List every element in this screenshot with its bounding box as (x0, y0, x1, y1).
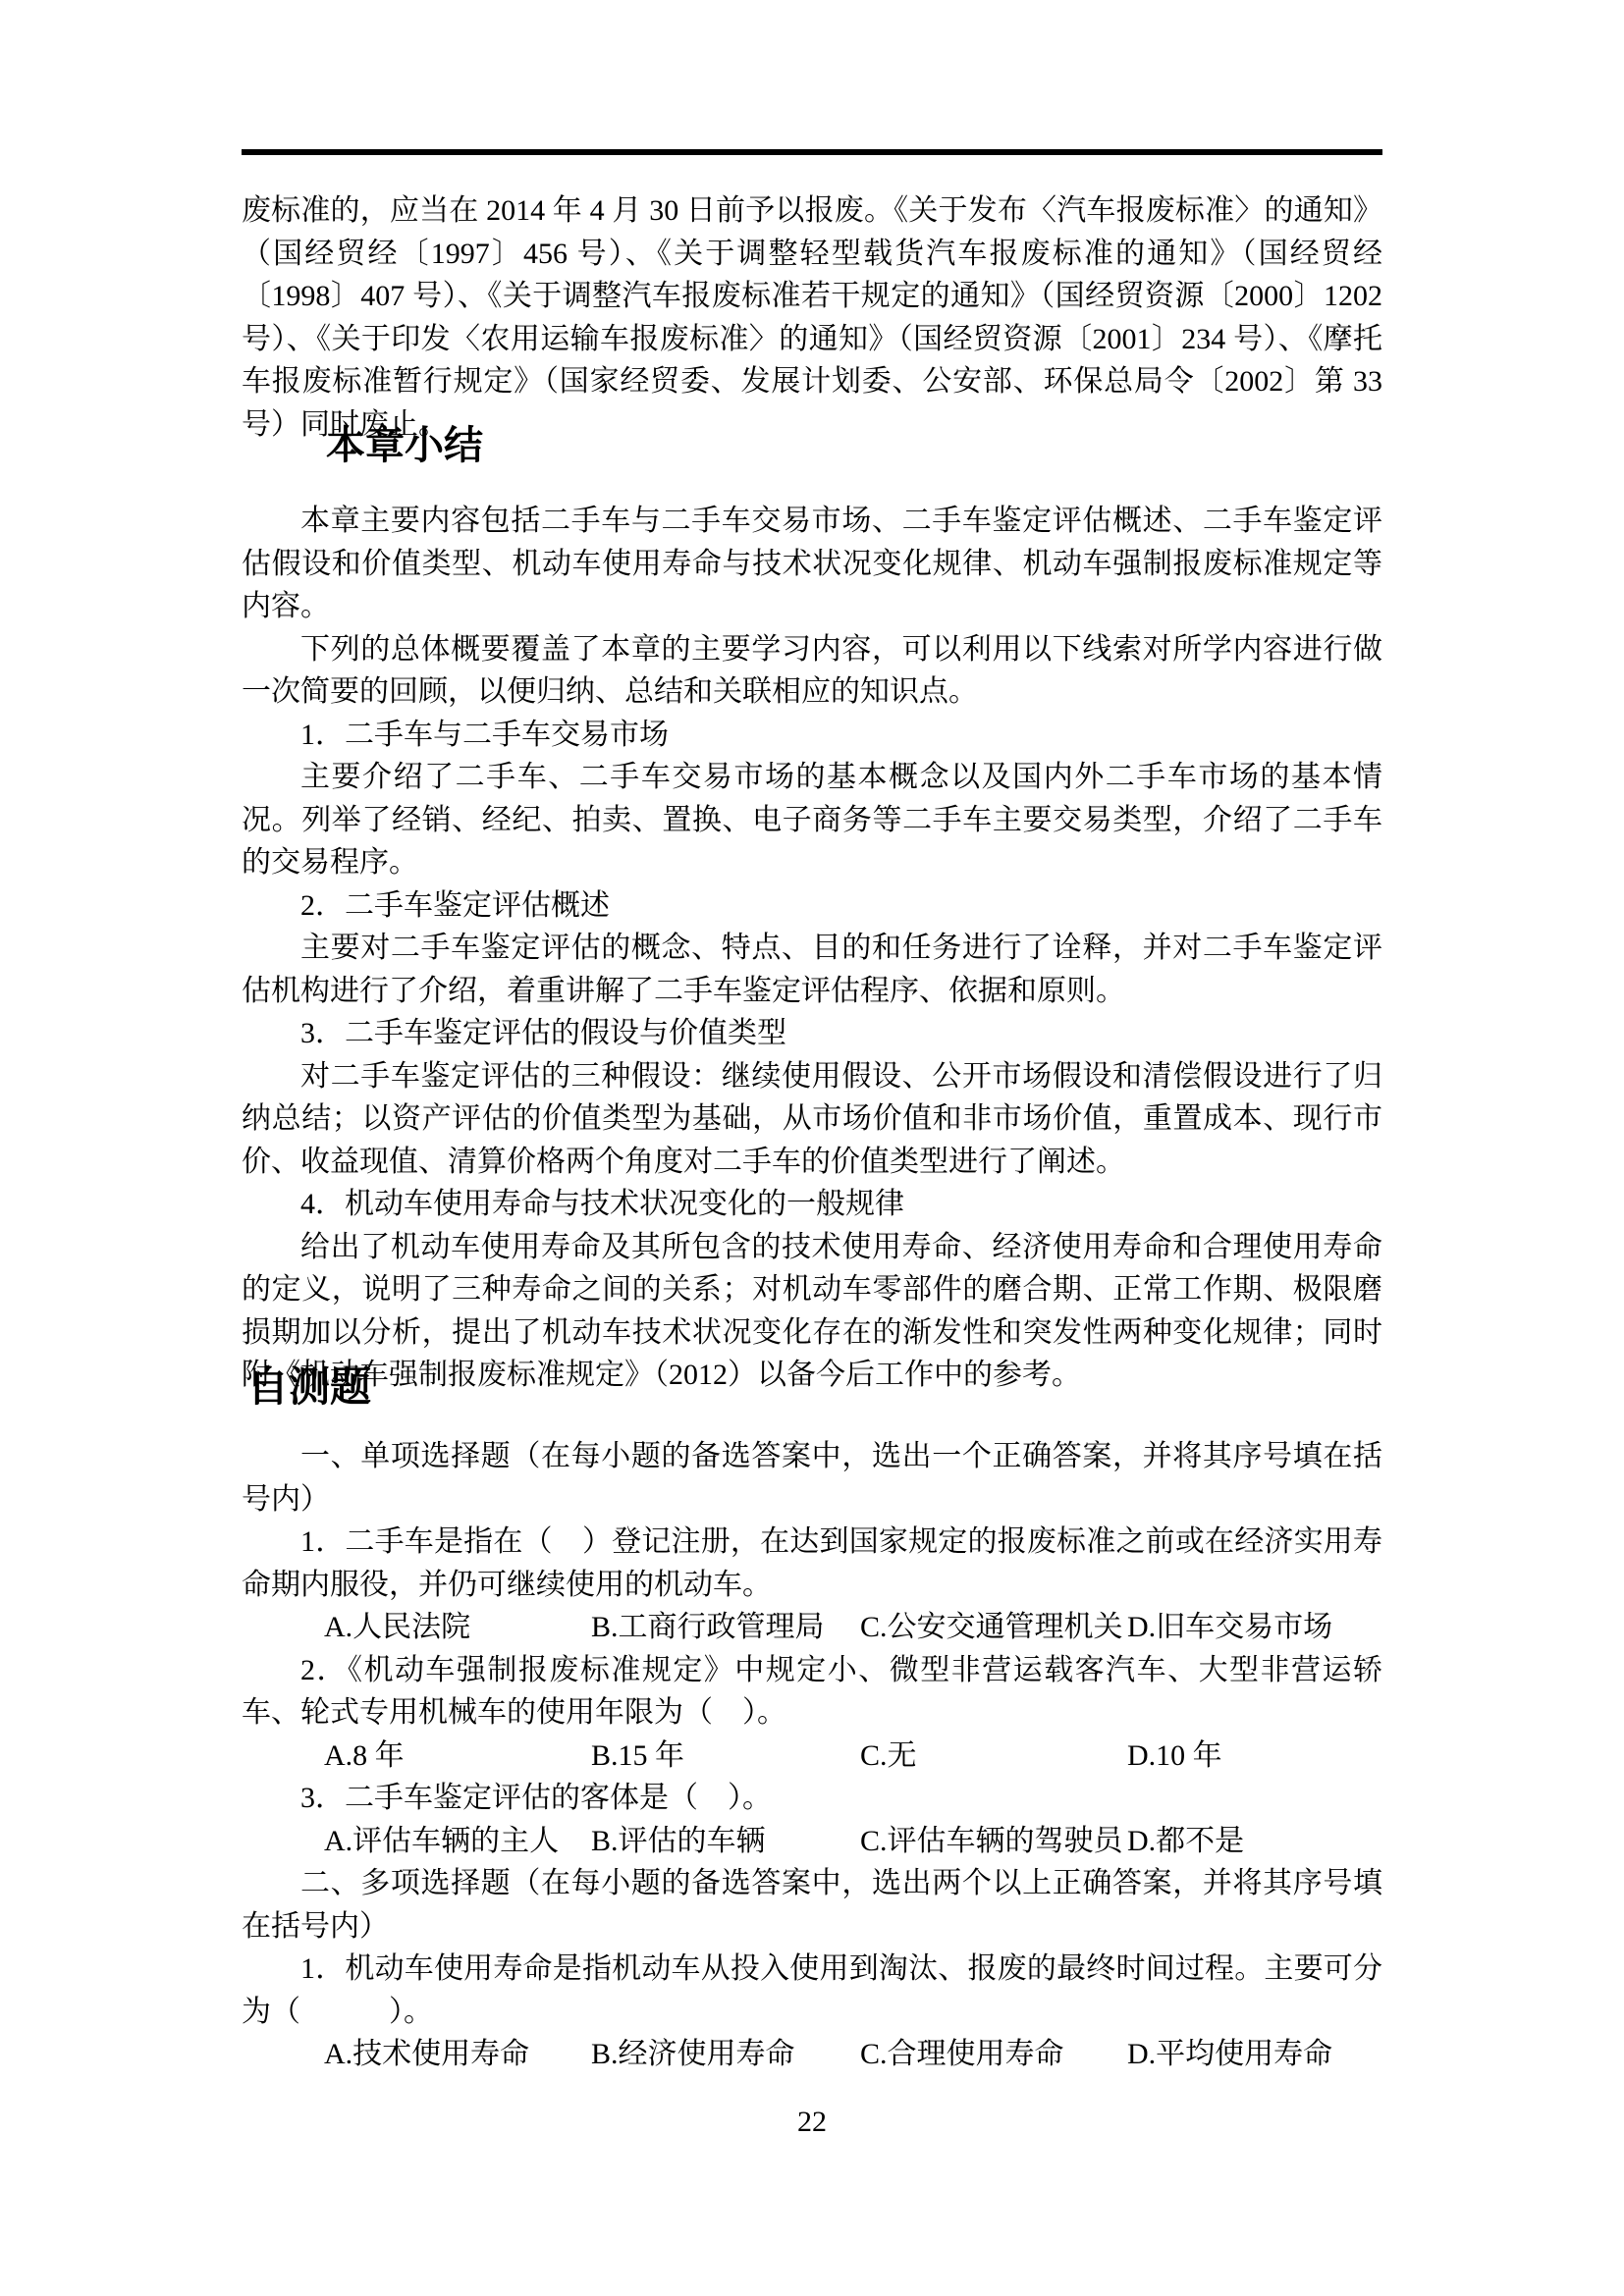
summary-paragraph: 对二手车鉴定评估的三种假设：继续使用假设、公开市场假设和清偿假设进行了归纳总结；… (242, 1055, 1382, 1184)
question-stem: 2．《机动车强制报废标准规定》中规定小、微型非营运载客汽车、大型非营运轿车、轮式… (242, 1649, 1382, 1735)
option-c: C.无 (860, 1735, 917, 1778)
summary-paragraph: 本章主要内容包括二手车与二手车交易市场、二手车鉴定评估概述、二手车鉴定评估假设和… (242, 500, 1382, 628)
document-page: 废标准的，应当在 2014 年 4 月 30 日前予以报废。《关于发布〈汽车报废… (0, 0, 1624, 2296)
summary-list-item: 4．机动车使用寿命与技术状况变化的一般规律 (242, 1183, 1382, 1226)
intro-section: 废标准的，应当在 2014 年 4 月 30 日前予以报废。《关于发布〈汽车报废… (242, 189, 1382, 446)
option-d: D.旧车交易市场 (1127, 1606, 1332, 1649)
summary-paragraph: 主要介绍了二手车、二手车交易市场的基本概念以及国内外二手车市场的基本情况。列举了… (242, 756, 1382, 884)
option-a: A.技术使用寿命 (324, 2033, 529, 2076)
option-a: A.人民法院 (324, 1606, 470, 1649)
single-choice-instructions: 一、单项选择题（在每小题的备选答案中，选出一个正确答案，并将其序号填在括号内） (242, 1435, 1382, 1521)
multiple-choice-instructions: 二、多项选择题（在每小题的备选答案中，选出两个以上正确答案，并将其序号填在括号内… (242, 1862, 1382, 1948)
options-row: A.8 年 B.15 年 C.无 D.10 年 (242, 1735, 1382, 1778)
option-c: C.评估车辆的驾驶员 (860, 1820, 1123, 1863)
question-stem: 1．二手车是指在（ ）登记注册，在达到国家规定的报废标准之前或在经济实用寿命期内… (242, 1521, 1382, 1606)
option-b: B.15 年 (591, 1735, 684, 1778)
summary-paragraph: 主要对二手车鉴定评估的概念、特点、目的和任务进行了诠释，并对二手车鉴定评估机构进… (242, 927, 1382, 1012)
option-b: B.工商行政管理局 (591, 1606, 825, 1649)
options-row: A.人民法院 B.工商行政管理局 C.公安交通管理机关 D.旧车交易市场 (242, 1606, 1382, 1649)
option-c: C.公安交通管理机关 (860, 1606, 1123, 1649)
summary-list-item: 2．二手车鉴定评估概述 (242, 884, 1382, 928)
self-test-heading: 自测题 (247, 1364, 371, 1412)
summary-list-item: 1．二手车与二手车交易市场 (242, 714, 1382, 757)
option-a: A.8 年 (324, 1735, 405, 1778)
options-row: A.技术使用寿命 B.经济使用寿命 C.合理使用寿命 D.平均使用寿命 (242, 2033, 1382, 2076)
summary-paragraph: 下列的总体概要覆盖了本章的主要学习内容，可以利用以下线索对所学内容进行做一次简要… (242, 628, 1382, 714)
question-stem: 1．机动车使用寿命是指机动车从投入使用到淘汰、报废的最终时间过程。主要可分为（ … (242, 1948, 1382, 2033)
option-d: D.平均使用寿命 (1127, 2033, 1332, 2076)
self-test-section: 一、单项选择题（在每小题的备选答案中，选出一个正确答案，并将其序号填在括号内） … (242, 1435, 1382, 2076)
intro-paragraph: 废标准的，应当在 2014 年 4 月 30 日前予以报废。《关于发布〈汽车报废… (242, 189, 1382, 446)
option-d: D.都不是 (1127, 1820, 1244, 1863)
option-a: A.评估车辆的主人 (324, 1820, 559, 1863)
options-row: A.评估车辆的主人 B.评估的车辆 C.评估车辆的驾驶员 D.都不是 (242, 1820, 1382, 1863)
option-c: C.合理使用寿命 (860, 2033, 1064, 2076)
summary-paragraph: 给出了机动车使用寿命及其所包含的技术使用寿命、经济使用寿命和合理使用寿命的定义，… (242, 1226, 1382, 1397)
page-number: 22 (242, 2101, 1382, 2144)
option-b: B.评估的车辆 (591, 1820, 766, 1863)
question-stem: 3．二手车鉴定评估的客体是（ ）。 (242, 1777, 1382, 1820)
chapter-summary-heading: 本章小结 (326, 422, 483, 469)
summary-list-item: 3．二手车鉴定评估的假设与价值类型 (242, 1012, 1382, 1055)
option-d: D.10 年 (1127, 1735, 1222, 1778)
chapter-summary-section: 本章主要内容包括二手车与二手车交易市场、二手车鉴定评估概述、二手车鉴定评估假设和… (242, 500, 1382, 1397)
header-rule (242, 149, 1382, 155)
option-b: B.经济使用寿命 (591, 2033, 795, 2076)
